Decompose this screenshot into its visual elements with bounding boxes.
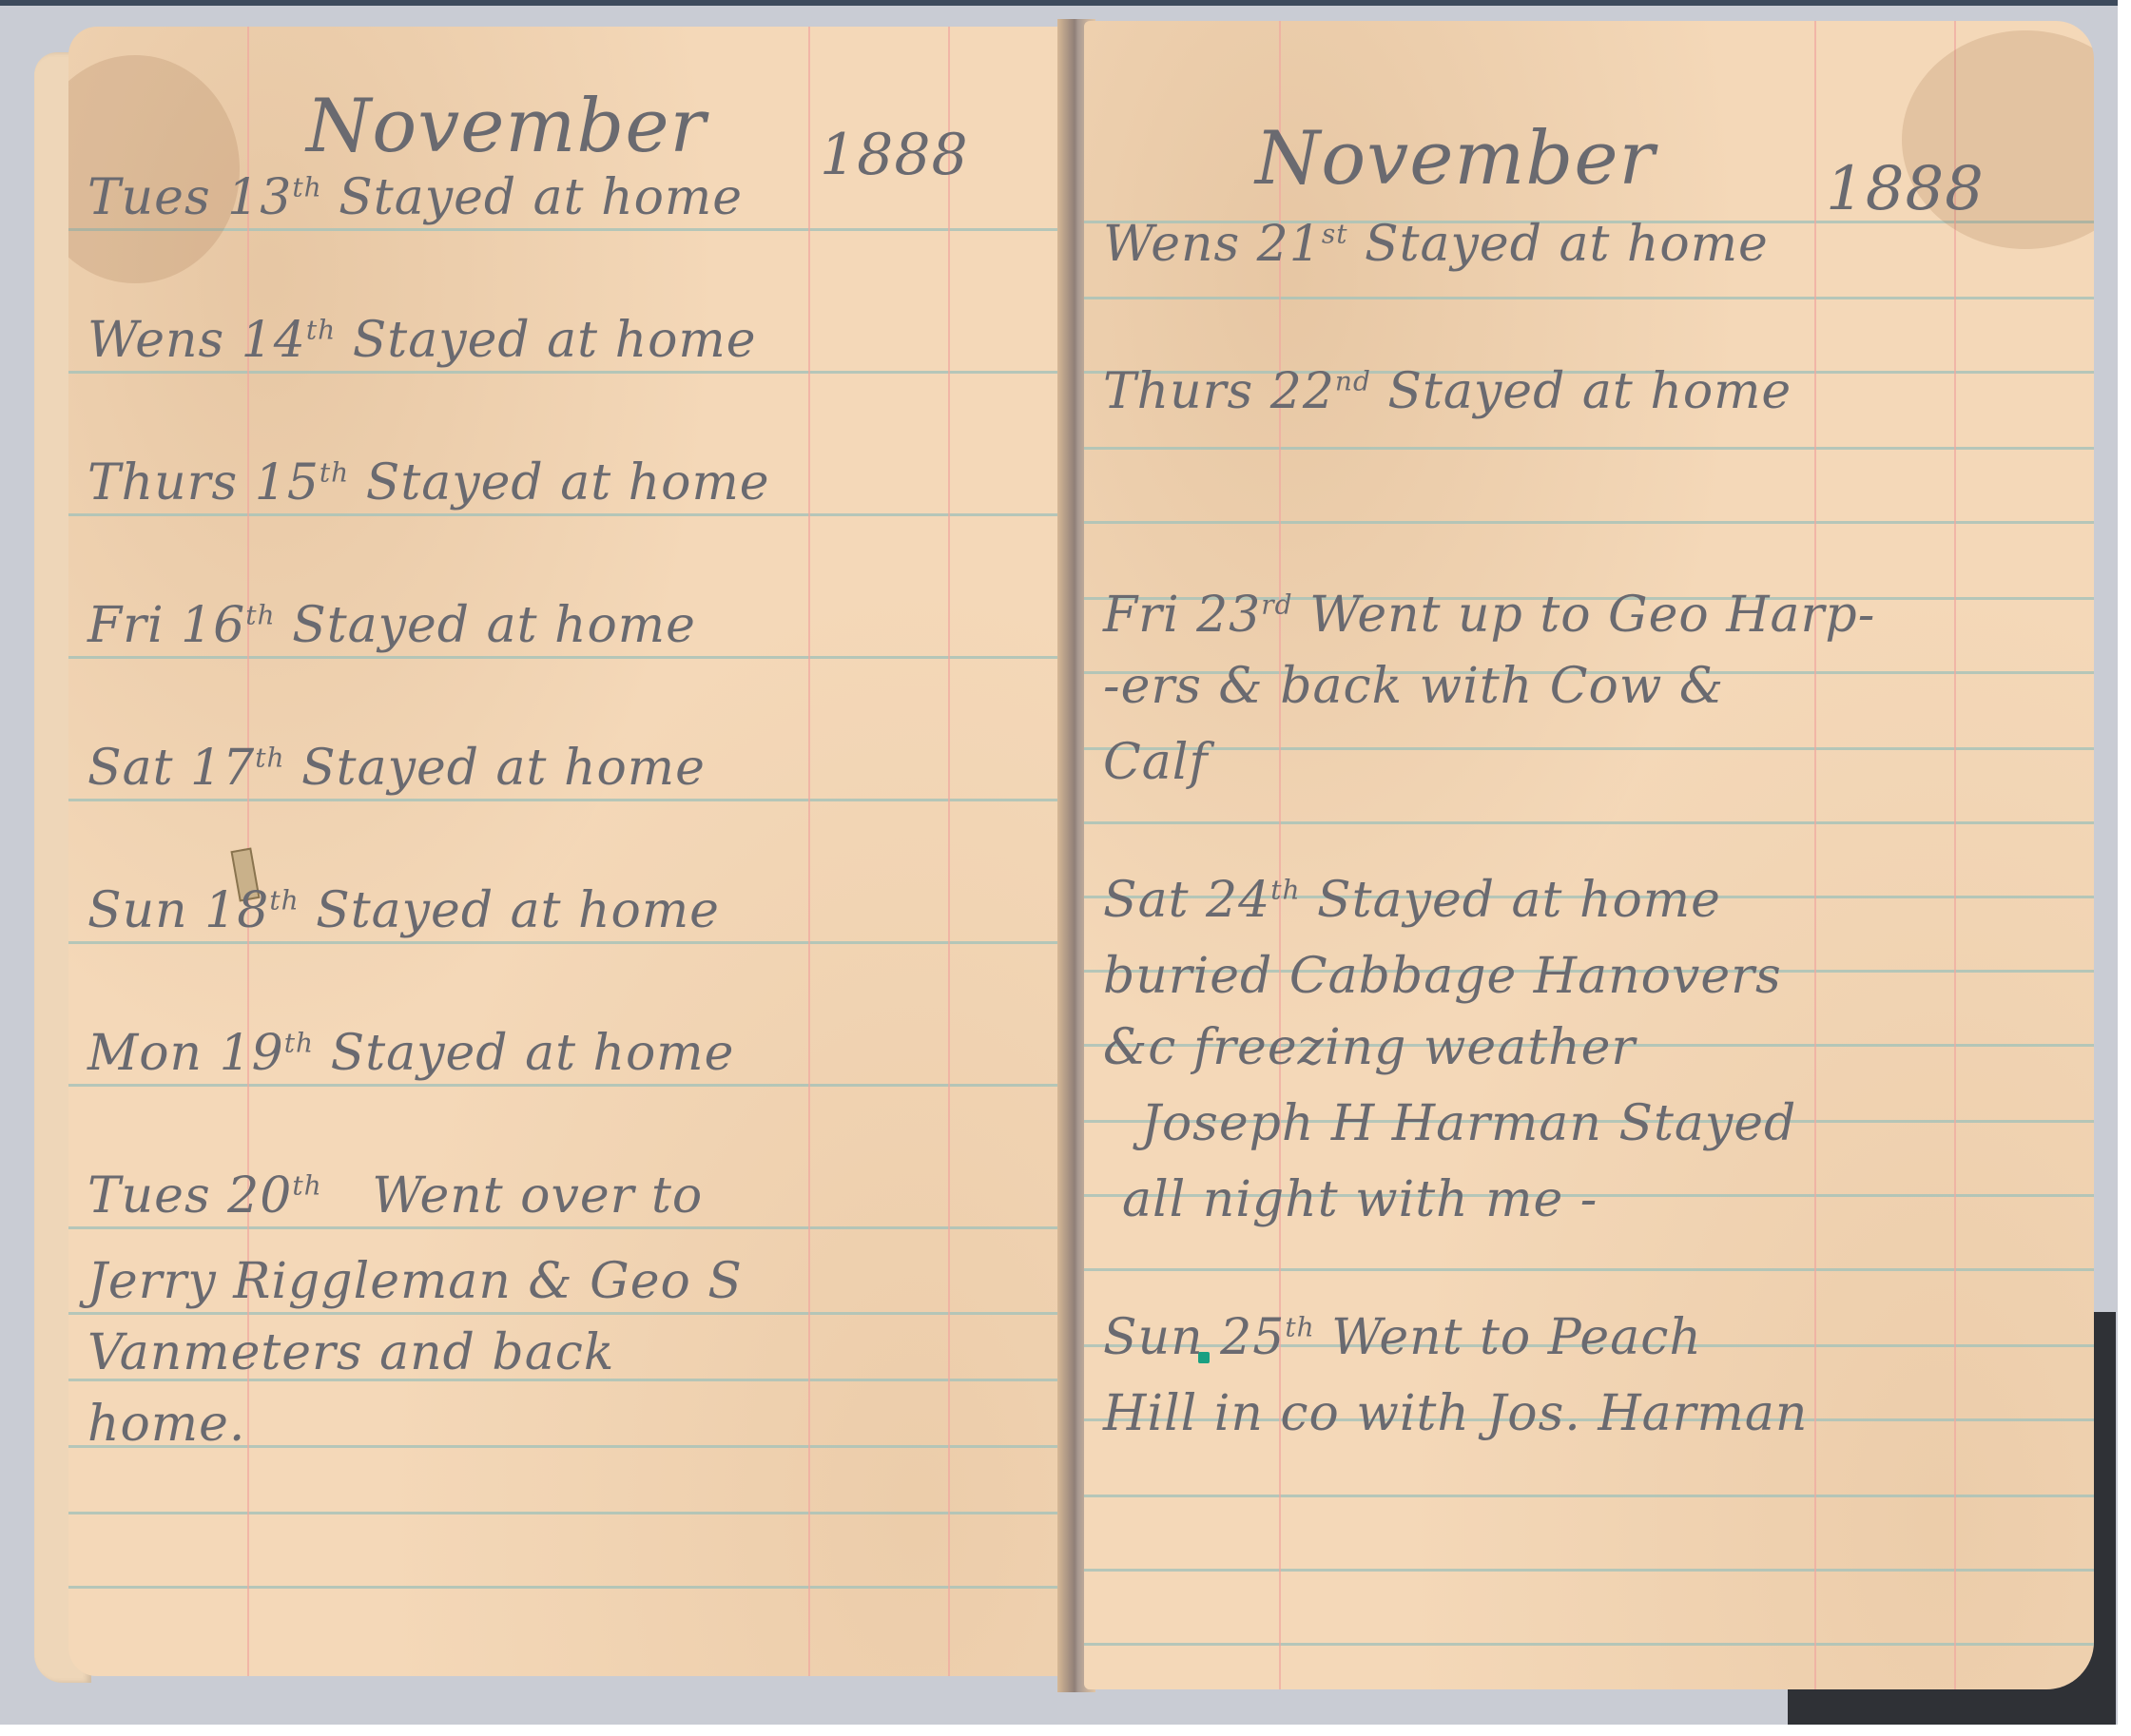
entry-tues-20-line-2: Jerry Riggleman & Geo S: [87, 1253, 743, 1310]
ruled-line: [1084, 521, 2094, 524]
ruled-line: [68, 1586, 1067, 1589]
ruled-line: [1084, 821, 2094, 824]
entry-fri-23: Fri 23rd Went up to Geo Harp-: [1103, 587, 1875, 644]
ruled-line: [1084, 447, 2094, 450]
scan-edge-top: [0, 0, 2131, 6]
entry-sun-25-line-2: Hill in co with Jos. Harman: [1103, 1385, 1808, 1442]
ruled-line: [68, 1226, 1067, 1229]
diary-page-left: November 1888 Tues 13th Stayed at home W…: [68, 27, 1067, 1676]
ruled-line: [68, 513, 1067, 516]
entry-fri-23-line-2: -ers & back with Cow &: [1103, 658, 1724, 715]
entry-sat-24-line-5: all night with me -: [1122, 1171, 1598, 1228]
entry-sat-17: Sat 17th Stayed at home: [87, 740, 706, 797]
page-title-month: November: [306, 84, 707, 169]
entry-wens-21: Wens 21st Stayed at home: [1103, 216, 1769, 273]
page-title-year: 1888: [1826, 154, 1985, 224]
entry-tues-20: Tues 20th Went over to: [87, 1167, 703, 1225]
ruled-line: [1084, 1569, 2094, 1572]
ruled-line: [1084, 1268, 2094, 1271]
entry-tues-13: Tues 13th Stayed at home: [87, 169, 743, 226]
diary-page-right: November 1888 Wens 21st Stayed at home T…: [1084, 21, 2094, 1689]
entry-sat-24-line-4: Joseph H Harman Stayed: [1141, 1095, 1796, 1152]
entry-thurs-22: Thurs 22nd Stayed at home: [1103, 363, 1792, 420]
entry-sun-18: Sun 18th Stayed at home: [87, 882, 720, 939]
ruled-line: [68, 1084, 1067, 1087]
page-title-year: 1888: [820, 122, 969, 188]
entry-fri-23-line-3: Calf: [1103, 734, 1209, 791]
entry-tues-20-line-3: Vanmeters and back: [87, 1324, 614, 1381]
scan-edge-right: [2118, 0, 2131, 1736]
ruled-line: [68, 941, 1067, 944]
entry-sat-24-line-2: buried Cabbage Hanovers: [1103, 948, 1782, 1005]
ruled-line: [68, 799, 1067, 801]
ruled-line: [68, 1512, 1067, 1514]
margin-line: [808, 27, 810, 1676]
entry-thurs-15: Thurs 15th Stayed at home: [87, 454, 770, 511]
page-title-month: November: [1255, 116, 1656, 202]
ruled-line: [68, 1312, 1067, 1315]
ruled-line: [1084, 1643, 2094, 1646]
scan-edge-bottom: [0, 1725, 2131, 1736]
entry-fri-16: Fri 16th Stayed at home: [87, 597, 696, 654]
ruled-line: [1084, 297, 2094, 299]
entry-tues-20-line-4: home.: [87, 1396, 245, 1453]
entry-sat-24: Sat 24th Stayed at home: [1103, 872, 1721, 929]
entry-mon-19: Mon 19th Stayed at home: [87, 1025, 734, 1082]
ruled-line: [1084, 1495, 2094, 1497]
entry-wens-14: Wens 14th Stayed at home: [87, 312, 756, 369]
margin-line: [1954, 21, 1956, 1689]
margin-line: [1814, 21, 1816, 1689]
ruled-line: [68, 371, 1067, 374]
entry-sat-24-line-3: &c freezing weather: [1103, 1019, 1636, 1076]
margin-line: [948, 27, 950, 1676]
ruled-line: [68, 656, 1067, 659]
ruled-line: [1084, 747, 2094, 750]
entry-sun-25: Sun 25th Went to Peach: [1103, 1309, 1702, 1366]
